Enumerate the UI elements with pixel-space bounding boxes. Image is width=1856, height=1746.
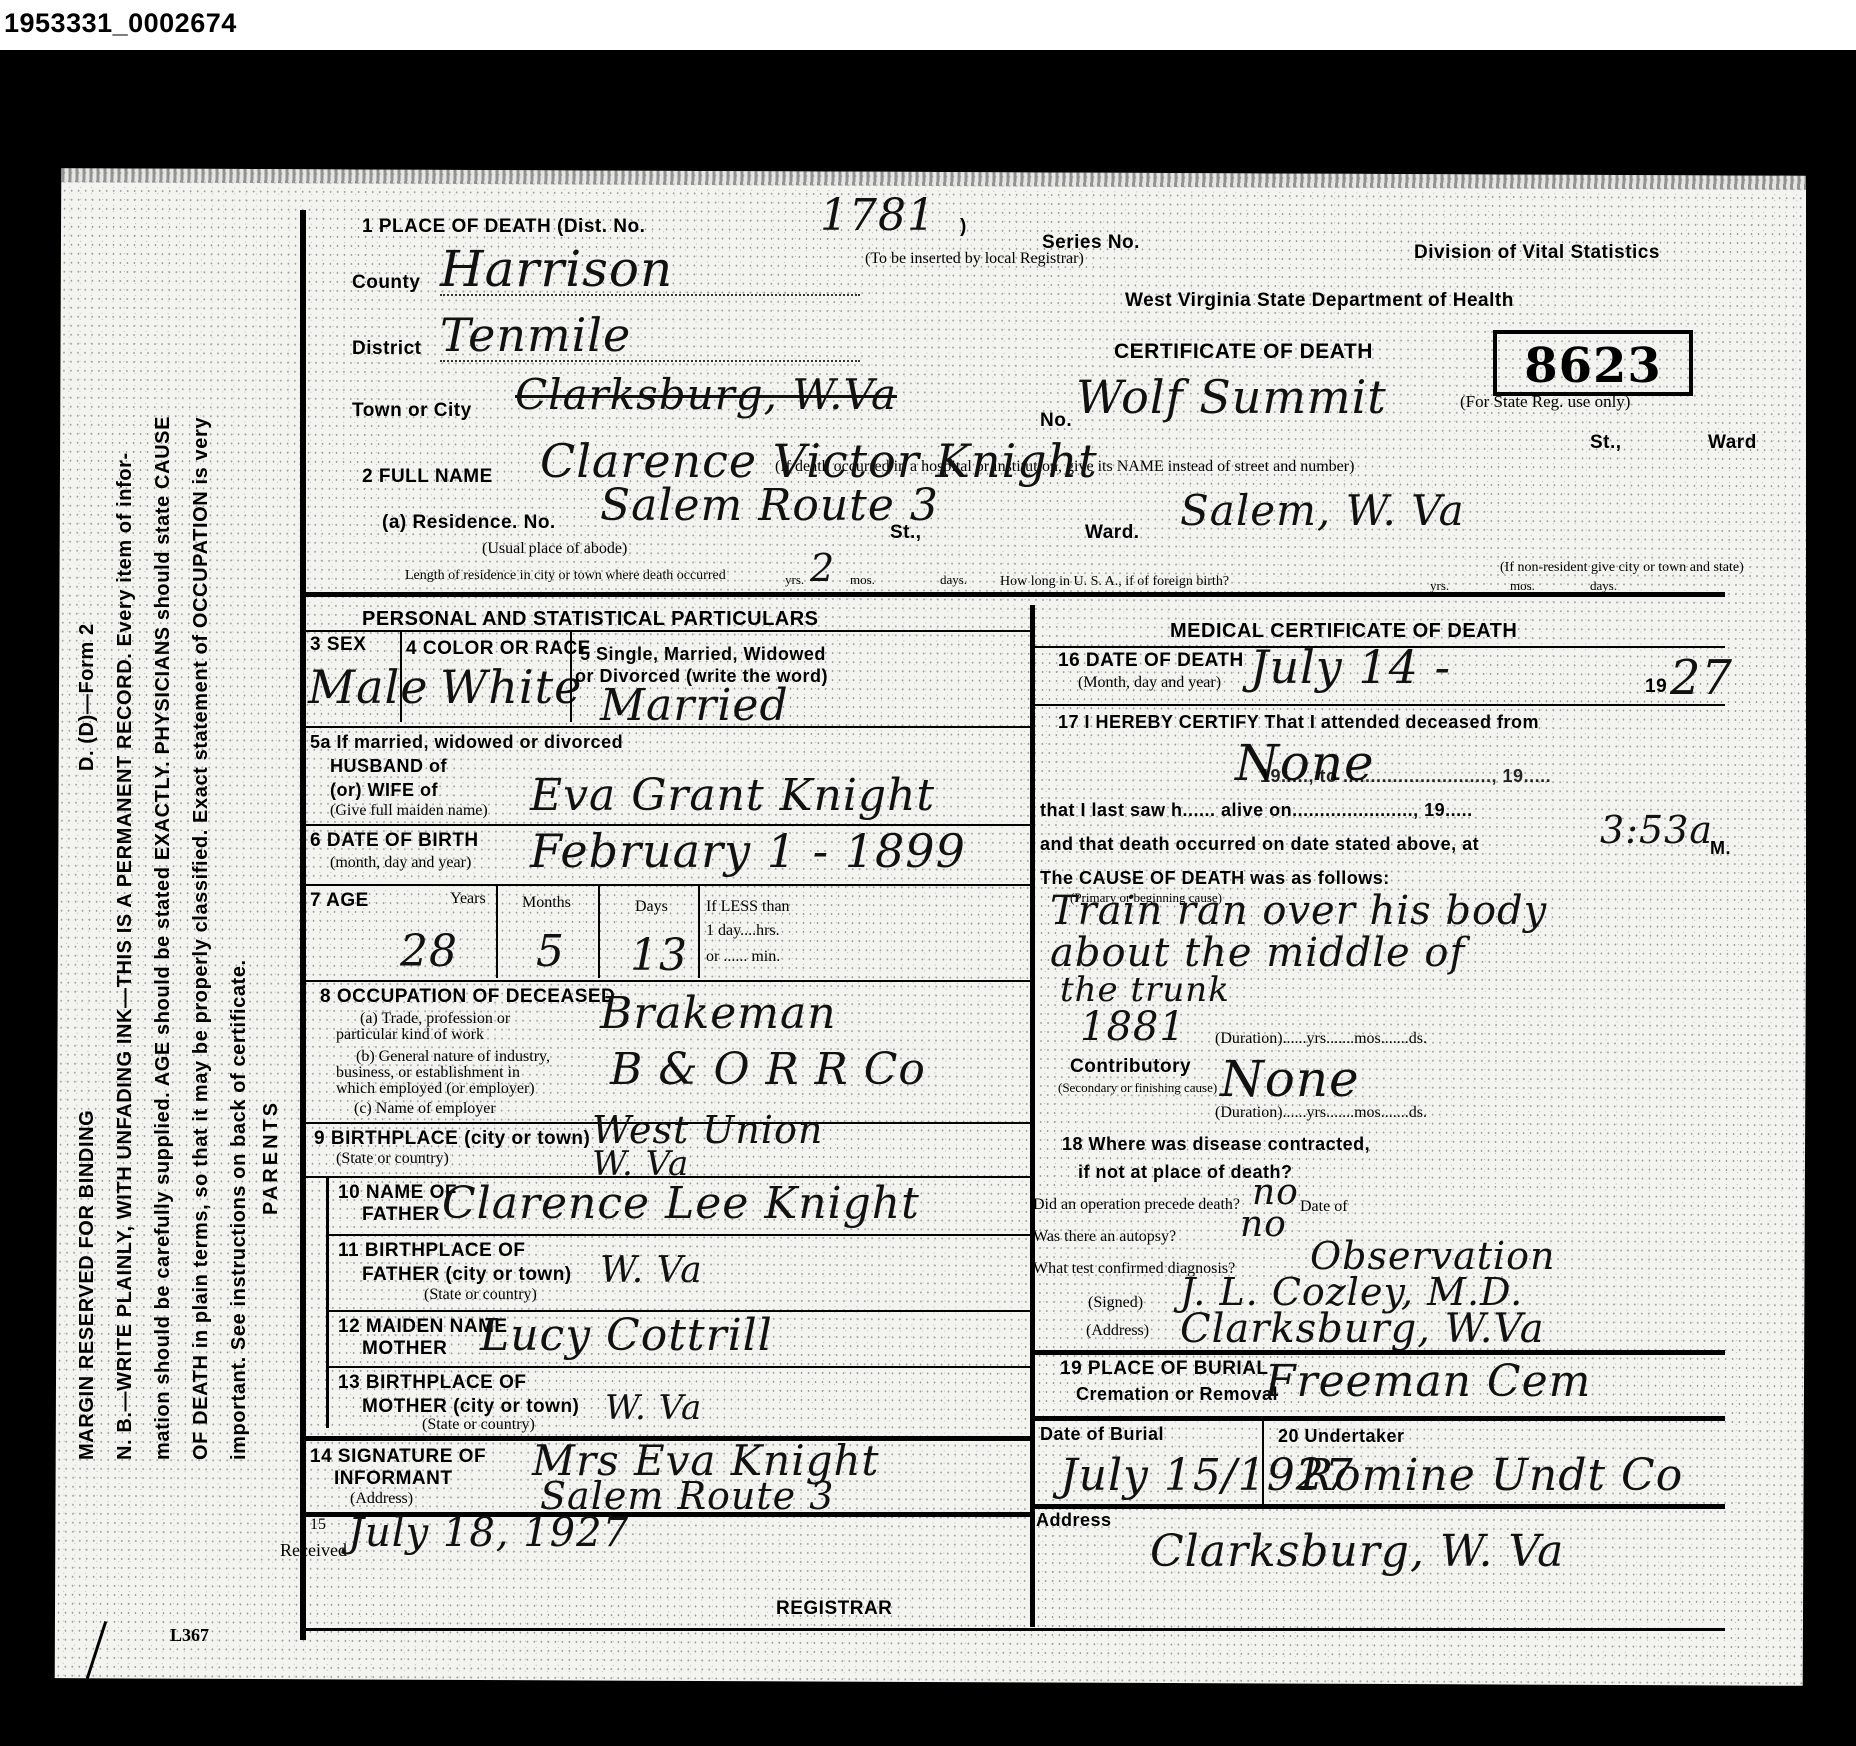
burial-label-1: 19 PLACE OF BURIAL (1060, 1358, 1269, 1380)
age-months: 5 (536, 926, 565, 977)
form-code: D. (D)—Form 2 (76, 623, 98, 771)
town-value-struck: Clarksburg, W.Va (515, 370, 897, 419)
margin-line-5: important. See instructions on back of c… (220, 190, 258, 1460)
undertaker-address: Clarksburg, W. Va (1150, 1526, 1564, 1577)
state-reg-note: (For State Reg. use only) (1460, 392, 1630, 412)
autopsy-label: Was there an autopsy? (1033, 1228, 1176, 1246)
dod-year: 27 (1670, 650, 1733, 706)
mother-birthplace: W. Va (605, 1388, 702, 1428)
spouse-label-3: (or) WIFE of (330, 780, 438, 801)
sex-value: Male (308, 660, 428, 714)
dob-value: February 1 - 1899 (530, 824, 966, 878)
dod-value: July 14 - (1250, 640, 1451, 694)
father-label-1: 10 NAME OF (338, 1182, 457, 1204)
series-label: Series No. (1042, 232, 1140, 254)
paper-edge (61, 168, 1809, 190)
st-label: St., (1590, 432, 1622, 454)
occurred-label: and that death occurred on date stated a… (1040, 834, 1479, 855)
marital-value: Married (600, 680, 789, 731)
dist-no: 1781 (820, 190, 936, 241)
spouse-label-4: (Give full maiden name) (330, 802, 488, 820)
header-strip: 1953331_0002674 (0, 0, 1856, 50)
occupation-label: 8 OCCUPATION OF DECEASED (320, 986, 615, 1008)
division-title: Division of Vital Statistics (1414, 242, 1660, 264)
dob-sub: (month, day and year) (330, 854, 471, 872)
contributory-value: None (1220, 1050, 1360, 1108)
place-no-value: Wolf Summit (1076, 370, 1387, 424)
residence-value: Salem Route 3 (600, 480, 939, 531)
cause-line-1: Train ran over his body (1050, 888, 1547, 934)
q18-label-1: 18 Where was disease contracted, (1062, 1134, 1370, 1155)
length-residence-label: Length of residence in city or town wher… (405, 568, 726, 584)
personal-section-title: PERSONAL AND STATISTICAL PARTICULARS (362, 608, 819, 631)
residence-st-label: St., (890, 522, 922, 544)
full-name-label: 2 FULL NAME (362, 466, 493, 488)
certify-label: 17 I HEREBY CERTIFY That I attended dece… (1058, 712, 1539, 733)
margin-binding: MARGIN RESERVED FOR BINDING D. (D)—Form … (68, 190, 106, 1460)
no-label: No. (1040, 410, 1072, 432)
department-title: West Virginia State Department of Health (1125, 290, 1514, 312)
mother-label-2: MOTHER (362, 1338, 447, 1360)
last-saw-label: that I last saw h...... alive on........… (1040, 800, 1473, 821)
nonresident-note: (If non-resident give city or town and s… (1500, 560, 1744, 576)
age-label: 7 AGE (310, 890, 369, 912)
certificate-title: CERTIFICATE OF DEATH (1114, 340, 1373, 364)
parents-label: PARENTS (260, 1100, 283, 1215)
dod-label: 16 DATE OF DEATH (1058, 650, 1244, 672)
father-label-2: FATHER (362, 1204, 440, 1226)
physician-address: Clarksburg, W.Va (1180, 1306, 1545, 1352)
contributory-label: Contributory (1070, 1056, 1191, 1078)
certificate-number-box: 8623 (1493, 330, 1693, 396)
margin-instructions: MARGIN RESERVED FOR BINDING D. (D)—Form … (68, 190, 268, 1460)
registrar-label: REGISTRAR (776, 1598, 892, 1620)
marital-label-1: 5 Single, Married, Widowed (580, 644, 826, 665)
town-label: Town or City (352, 400, 472, 422)
length-yrs-value: 2 (810, 546, 835, 590)
ward-label: Ward (1708, 432, 1757, 454)
father-name: Clarence Lee Knight (442, 1178, 920, 1229)
father-bp-label-1: 11 BIRTHPLACE OF (338, 1240, 525, 1262)
autopsy-value: no (1240, 1204, 1287, 1245)
received-label: Received (280, 1540, 347, 1561)
district-value: Tenmile (440, 308, 631, 362)
age-years: 28 (400, 926, 458, 977)
undertaker-label: 20 Undertaker (1278, 1426, 1405, 1447)
mother-name: Lucy Cottrill (480, 1310, 773, 1361)
residence-ward-value: Salem, W. Va (1180, 486, 1465, 535)
usa-label: How long in U. S. A., if of foreign birt… (1000, 574, 1229, 590)
certificate-form: 1 PLACE OF DEATH (Dist. No. 1781 ) (To b… (300, 210, 1780, 1630)
burial-label-2: Cremation or Removal (1076, 1384, 1278, 1405)
spouse-value: Eva Grant Knight (530, 770, 935, 821)
left-border (300, 210, 306, 1640)
mother-bp-label-2: MOTHER (city or town) (362, 1396, 579, 1418)
residence-ward-label: Ward. (1085, 522, 1140, 544)
age-days: 13 (630, 930, 688, 981)
occupation-value: Brakeman (600, 988, 837, 1039)
operation-label: Did an operation precede death? (1033, 1196, 1240, 1214)
cause-label: The CAUSE OF DEATH was as follows: (1040, 868, 1390, 889)
race-label: 4 COLOR OR RACE (406, 638, 591, 660)
race-value: White (440, 660, 582, 714)
sex-label: 3 SEX (310, 634, 366, 656)
birthplace-label: 9 BIRTHPLACE (city or town) (314, 1128, 590, 1150)
column-divider (1030, 605, 1035, 1627)
received-date: July 18, 1927 (348, 1510, 629, 1556)
certificate-number: 8623 (1497, 338, 1689, 394)
spouse-label-1: 5a If married, widowed or divorced (310, 732, 623, 753)
informant-label-1: 14 SIGNATURE OF (310, 1446, 486, 1468)
undertaker-name: Romine Undt Co (1300, 1450, 1683, 1501)
scan-border (1806, 172, 1856, 1746)
informant-label-2: INFORMANT (334, 1468, 452, 1490)
margin-line-4: OF DEATH in plain terms, so that it may … (182, 190, 220, 1460)
father-bp-label-2: FATHER (city or town) (362, 1264, 572, 1286)
margin-line-3: mation should be carefully supplied. AGE… (144, 190, 182, 1460)
image-id: 1953331_0002674 (4, 8, 237, 39)
burial-place: Freeman Cem (1265, 1356, 1591, 1407)
residence-label: (a) Residence. No. (382, 512, 556, 534)
form-number: L367 (170, 1625, 209, 1646)
place-of-death-label: 1 PLACE OF DEATH (Dist. No. (362, 216, 645, 238)
time-of-death: 3:53a (1600, 808, 1713, 852)
industry-value: B & O R R Co (610, 1044, 926, 1095)
abode-note: (Usual place of abode) (482, 540, 627, 558)
county-label: County (352, 272, 420, 294)
district-label: District (352, 338, 421, 360)
dob-label: 6 DATE OF BIRTH (310, 830, 479, 852)
county-value: Harrison (440, 240, 673, 298)
undertaker-address-label: Address (1036, 1510, 1112, 1531)
margin-line-2: N. B.—WRITE PLAINLY, WITH UNFADING INK—T… (106, 190, 144, 1460)
cause-line-4: 1881 (1080, 1004, 1186, 1050)
spouse-label-2: HUSBAND of (330, 756, 447, 777)
father-birthplace: W. Va (600, 1250, 703, 1291)
burial-date-label: Date of Burial (1040, 1424, 1164, 1445)
mother-bp-label-1: 13 BIRTHPLACE OF (338, 1372, 527, 1394)
